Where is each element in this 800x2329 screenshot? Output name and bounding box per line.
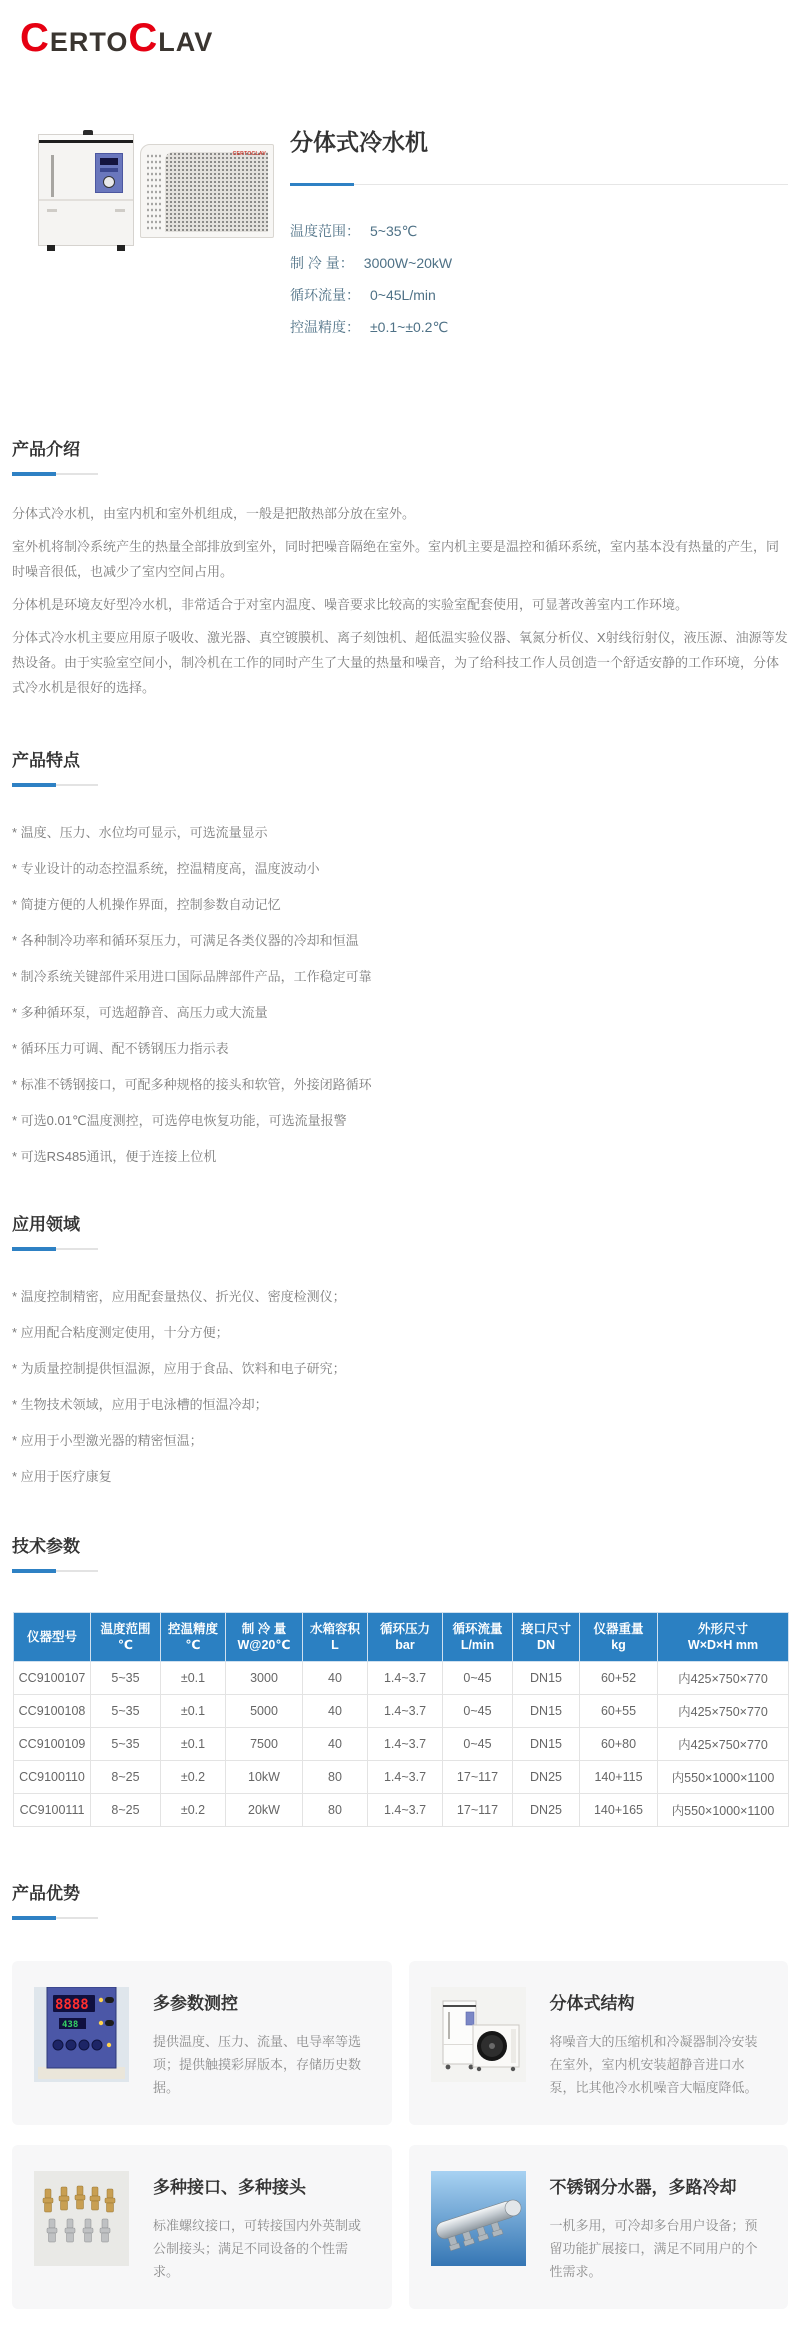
table-cell: 内425×750×770	[658, 1662, 789, 1695]
hero-section: CERTOCLAV 分体式冷水机 温度范围：5~35℃ 制 冷 量：3000W~…	[12, 112, 788, 349]
table-cell: 60+52	[580, 1662, 658, 1695]
table-header-cell: 控温精度 ℃	[161, 1613, 226, 1662]
spec-label: 制 冷 量：	[290, 255, 354, 271]
table-row: CC9100108 5~35 ±0.1 5000 40 1.4~3.7 0~45…	[14, 1695, 789, 1728]
card-title: 多种接口、多种接头	[153, 2173, 370, 2198]
table-cell: 0~45	[443, 1662, 513, 1695]
table-cell: ±0.2	[161, 1761, 226, 1794]
table-cell: CC9100108	[14, 1695, 91, 1728]
feature-item: * 专业设计的动态控温系统，控温精度高，温度波动小	[12, 862, 788, 876]
page-title: 分体式冷水机	[290, 124, 788, 157]
table-cell: 60+80	[580, 1728, 658, 1761]
specs-table: 仪器型号 温度范围 ℃ 控温精度 ℃ 制 冷 量 W@20℃ 水箱容积 L 循环…	[13, 1612, 789, 1827]
card-title: 分体式结构	[550, 1989, 767, 2014]
heading-divider	[12, 473, 98, 475]
section-heading-advantages: 产品优势	[12, 1879, 788, 1904]
controller-panel-image: 8888 438	[34, 1987, 129, 2082]
feature-item: * 各种制冷功率和循环泵压力，可满足各类仪器的冷却和恒温	[12, 934, 788, 948]
advantage-card-multi-parameter: 8888 438 多参数测控 提供温度、压力、流量、电导率等选项；提供触摸彩屏版…	[12, 1961, 392, 2125]
application-item: * 生物技术领域，应用于电泳槽的恒温冷却；	[12, 1398, 788, 1412]
table-cell: 内425×750×770	[658, 1728, 789, 1761]
feature-list: * 温度、压力、水位均可显示，可选流量显示 * 专业设计的动态控温系统，控温精度…	[12, 826, 788, 1164]
table-cell: 1.4~3.7	[368, 1761, 443, 1794]
table-cell: 3000	[226, 1662, 303, 1695]
table-cell: 5~35	[91, 1728, 161, 1761]
advantage-cards: 8888 438 多参数测控 提供温度、压力、流量、电导率等选项；提供触摸彩屏版…	[12, 1961, 788, 2309]
table-cell: 20kW	[226, 1794, 303, 1827]
table-cell: 1.4~3.7	[368, 1728, 443, 1761]
table-cell: 1.4~3.7	[368, 1695, 443, 1728]
application-item: * 应用于医疗康复	[12, 1470, 788, 1484]
intro-paragraph: 分体式冷水机，由室内机和室外机组成，一般是把散热部分放在室外。	[12, 501, 788, 526]
intro-paragraph: 室外机将制冷系统产生的热量全部排放到室外，同时把噪音隔绝在室外。室内机主要是温控…	[12, 534, 788, 584]
logo-text-erto: ERTO	[50, 27, 129, 57]
spec-label: 循环流量：	[290, 287, 360, 303]
table-cell: CC9100107	[14, 1662, 91, 1695]
feature-item: * 多种循环泵，可选超静音、高压力或大流量	[12, 1006, 788, 1020]
intro-paragraph: 分体机是环境友好型冷水机，非常适合于对室内温度、噪音要求比较高的实验室配套使用，…	[12, 592, 788, 617]
spec-value: 3000W~20kW	[364, 255, 452, 271]
card-body: 分体式结构 将噪音大的压缩机和冷凝器制冷安装在室外，室内机安装超静音进口水泵，比…	[550, 1987, 767, 2099]
section-product-intro: 产品介绍 分体式冷水机，由室内机和室外机组成，一般是把散热部分放在室外。 室外机…	[12, 435, 788, 700]
spec-row-temperature-range: 温度范围：5~35℃	[290, 221, 788, 241]
heading-divider	[12, 1570, 98, 1572]
outdoor-unit-brand-label: CERTOCLAV	[233, 151, 266, 157]
table-cell: 1.4~3.7	[368, 1794, 443, 1827]
advantage-card-manifold: 不锈钢分水器，多路冷却 一机多用，可冷却多台用户设备；预留功能扩展接口，满足不同…	[409, 2145, 789, 2309]
table-cell: 8~25	[91, 1761, 161, 1794]
svg-text:8888: 8888	[55, 1997, 89, 2013]
feature-item: * 简捷方便的人机操作界面，控制参数自动记忆	[12, 898, 788, 912]
table-header-cell: 仪器型号	[14, 1613, 91, 1662]
table-cell: 17~117	[443, 1794, 513, 1827]
table-row: CC9100107 5~35 ±0.1 3000 40 1.4~3.7 0~45…	[14, 1662, 789, 1695]
indoor-unit-keys	[100, 168, 118, 172]
table-header-row: 仪器型号 温度范围 ℃ 控温精度 ℃ 制 冷 量 W@20℃ 水箱容积 L 循环…	[14, 1613, 789, 1662]
table-cell: DN15	[513, 1728, 580, 1761]
page-header: CERTOCLAV	[0, 0, 800, 72]
table-cell: DN15	[513, 1695, 580, 1728]
split-units-image	[431, 1987, 526, 2082]
table-cell: ±0.2	[161, 1794, 226, 1827]
feature-item: * 循环压力可调、配不锈钢压力指示表	[12, 1042, 788, 1056]
advantage-card-split-structure: 分体式结构 将噪音大的压缩机和冷凝器制冷安装在室外，室内机安装超静音进口水泵，比…	[409, 1961, 789, 2125]
table-cell: 0~45	[443, 1695, 513, 1728]
table-cell: 10kW	[226, 1761, 303, 1794]
table-cell: 内425×750×770	[658, 1695, 789, 1728]
application-item: * 应用配合粘度测定使用，十分方便；	[12, 1326, 788, 1340]
feature-item: * 可选RS485通讯，便于连接上位机	[12, 1150, 788, 1164]
table-cell: ±0.1	[161, 1695, 226, 1728]
product-images: CERTOCLAV	[12, 112, 262, 302]
section-tech-specs: 技术参数 仪器型号 温度范围 ℃ 控温精度 ℃ 制 冷 量 W@20℃ 水箱容积…	[12, 1532, 788, 1827]
card-body: 不锈钢分水器，多路冷却 一机多用，可冷却多台用户设备；预留功能扩展接口，满足不同…	[550, 2171, 767, 2283]
table-cell: DN25	[513, 1794, 580, 1827]
heading-divider	[12, 784, 98, 786]
table-header-cell: 接口尺寸 DN	[513, 1613, 580, 1662]
table-cell: 17~117	[443, 1761, 513, 1794]
heading-divider	[12, 1917, 98, 1919]
fittings-image	[34, 2171, 129, 2266]
indoor-unit-display	[100, 158, 118, 165]
table-cell: 40	[303, 1695, 368, 1728]
indoor-unit-vent-left	[47, 209, 57, 212]
product-image-outdoor-unit: CERTOCLAV	[140, 144, 274, 238]
indoor-unit-seam	[39, 199, 133, 201]
logo-text-lav: LAV	[158, 27, 213, 57]
section-advantages: 产品优势 8888 438	[12, 1879, 788, 2309]
section-heading-features: 产品特点	[12, 746, 788, 771]
card-title: 多参数测控	[153, 1989, 370, 2014]
table-cell: 内550×1000×1100	[658, 1761, 789, 1794]
table-header-cell: 外形尺寸 W×D×H mm	[658, 1613, 789, 1662]
brand-logo[interactable]: CERTOCLAV	[20, 16, 800, 69]
card-body: 多种接口、多种接头 标准螺纹接口，可转接国内外英制或公制接头；满足不同设备的个性…	[153, 2171, 370, 2283]
card-text: 一机多用，可冷却多台用户设备；预留功能扩展接口，满足不同用户的个性需求。	[550, 2214, 767, 2283]
table-cell: DN15	[513, 1662, 580, 1695]
card-title: 不锈钢分水器，多路冷却	[550, 2173, 767, 2198]
indoor-unit-level-gauge	[51, 155, 54, 197]
table-cell: 0~45	[443, 1728, 513, 1761]
table-cell: 5000	[226, 1695, 303, 1728]
table-header-cell: 水箱容积 L	[303, 1613, 368, 1662]
table-header-cell: 循环流量 L/min	[443, 1613, 513, 1662]
card-text: 提供温度、压力、流量、电导率等选项；提供触摸彩屏版本，存储历史数据。	[153, 2030, 370, 2099]
indoor-unit-lid	[39, 135, 133, 143]
table-cell: CC9100109	[14, 1728, 91, 1761]
table-header-cell: 温度范围 ℃	[91, 1613, 161, 1662]
indoor-unit-control-panel	[95, 153, 123, 193]
manifold-image	[431, 2171, 526, 2266]
table-row: CC9100111 8~25 ±0.2 20kW 80 1.4~3.7 17~1…	[14, 1794, 789, 1827]
section-heading-tech-specs: 技术参数	[12, 1532, 788, 1557]
page-bottom-spacer	[0, 2309, 800, 2329]
spec-label: 温度范围：	[290, 223, 360, 239]
product-image-indoor-unit	[38, 134, 134, 246]
table-cell: 8~25	[91, 1794, 161, 1827]
spec-row-cooling-capacity: 制 冷 量：3000W~20kW	[290, 253, 788, 273]
heading-divider	[12, 1248, 98, 1250]
spec-value: ±0.1~±0.2℃	[370, 319, 448, 335]
feature-item: * 可选0.01℃温度测控，可选停电恢复功能，可选流量报警	[12, 1114, 788, 1128]
product-summary: 分体式冷水机 温度范围：5~35℃ 制 冷 量：3000W~20kW 循环流量：…	[290, 112, 788, 349]
table-header-cell: 仪器重量 kg	[580, 1613, 658, 1662]
logo-letter-c1: C	[20, 16, 50, 60]
spec-row-temperature-accuracy: 控温精度：±0.1~±0.2℃	[290, 317, 788, 337]
table-cell: 60+55	[580, 1695, 658, 1728]
table-cell: 80	[303, 1794, 368, 1827]
outdoor-unit-side-vents	[146, 153, 161, 231]
card-body: 多参数测控 提供温度、压力、流量、电导率等选项；提供触摸彩屏版本，存储历史数据。	[153, 1987, 370, 2099]
indoor-unit-foot	[47, 245, 55, 251]
indoor-unit-foot	[117, 245, 125, 251]
table-cell: 内550×1000×1100	[658, 1794, 789, 1827]
feature-item: * 标准不锈钢接口，可配多种规格的接头和软管，外接闭路循环	[12, 1078, 788, 1092]
outdoor-unit-grille	[165, 152, 268, 232]
feature-item: * 温度、压力、水位均可显示，可选流量显示	[12, 826, 788, 840]
card-text: 将噪音大的压缩机和冷凝器制冷安装在室外，室内机安装超静音进口水泵，比其他冷水机噪…	[550, 2030, 767, 2099]
indoor-unit-pressure-gauge	[103, 176, 115, 188]
intro-paragraph: 分体式冷水机主要应用原子吸收、激光器、真空镀膜机、离子刻蚀机、超低温实验仪器、氧…	[12, 625, 788, 700]
table-cell: 40	[303, 1662, 368, 1695]
table-row: CC9100109 5~35 ±0.1 7500 40 1.4~3.7 0~45…	[14, 1728, 789, 1761]
spec-label: 控温精度：	[290, 319, 360, 335]
logo-letter-c2: C	[128, 16, 158, 60]
advantage-card-connectors: 多种接口、多种接头 标准螺纹接口，可转接国内外英制或公制接头；满足不同设备的个性…	[12, 2145, 392, 2309]
table-cell: DN25	[513, 1761, 580, 1794]
spec-value: 5~35℃	[370, 223, 417, 239]
application-item: * 为质量控制提供恒温源，应用于食品、饮料和电子研究；	[12, 1362, 788, 1376]
indoor-unit-vent-right	[115, 209, 125, 212]
spec-row-circulation-flow: 循环流量：0~45L/min	[290, 285, 788, 305]
table-row: CC9100110 8~25 ±0.2 10kW 80 1.4~3.7 17~1…	[14, 1761, 789, 1794]
section-heading-intro: 产品介绍	[12, 435, 788, 460]
section-product-features: 产品特点 * 温度、压力、水位均可显示，可选流量显示 * 专业设计的动态控温系统…	[12, 746, 788, 1164]
table-cell: 140+115	[580, 1761, 658, 1794]
table-cell: CC9100110	[14, 1761, 91, 1794]
table-cell: 140+165	[580, 1794, 658, 1827]
application-item: * 温度控制精密，应用配套量热仪、折光仪、密度检测仪；	[12, 1290, 788, 1304]
table-cell: CC9100111	[14, 1794, 91, 1827]
table-cell: 40	[303, 1728, 368, 1761]
application-item: * 应用于小型激光器的精密恒温；	[12, 1434, 788, 1448]
table-header-cell: 制 冷 量 W@20℃	[226, 1613, 303, 1662]
table-cell: 5~35	[91, 1695, 161, 1728]
svg-text:438: 438	[62, 2020, 78, 2030]
section-applications: 应用领域 * 温度控制精密，应用配套量热仪、折光仪、密度检测仪； * 应用配合粘…	[12, 1210, 788, 1484]
table-cell: 1.4~3.7	[368, 1662, 443, 1695]
table-header-cell: 循环压力 bar	[368, 1613, 443, 1662]
application-list: * 温度控制精密，应用配套量热仪、折光仪、密度检测仪； * 应用配合粘度测定使用…	[12, 1290, 788, 1484]
title-divider	[290, 184, 788, 185]
table-cell: ±0.1	[161, 1728, 226, 1761]
table-cell: ±0.1	[161, 1662, 226, 1695]
section-heading-applications: 应用领域	[12, 1210, 788, 1235]
table-cell: 7500	[226, 1728, 303, 1761]
spec-value: 0~45L/min	[370, 287, 436, 303]
table-cell: 5~35	[91, 1662, 161, 1695]
table-cell: 80	[303, 1761, 368, 1794]
feature-item: * 制冷系统关键部件采用进口国际品牌部件产品，工作稳定可靠	[12, 970, 788, 984]
intro-paragraphs: 分体式冷水机，由室内机和室外机组成，一般是把散热部分放在室外。 室外机将制冷系统…	[12, 501, 788, 700]
card-text: 标准螺纹接口，可转接国内外英制或公制接头；满足不同设备的个性需求。	[153, 2214, 370, 2283]
